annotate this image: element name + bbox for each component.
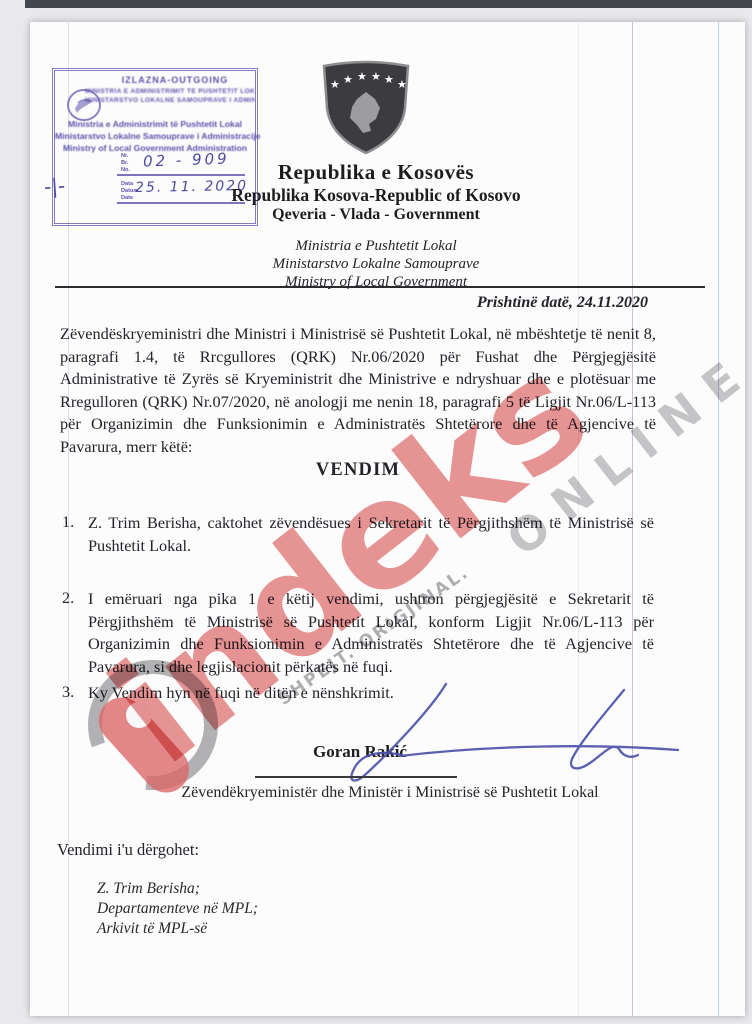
item-1-number: 1. <box>62 512 82 532</box>
distribution-heading: Vendimi i'u dërgohet: <box>57 840 199 860</box>
intro-paragraph: Zëvendëskryeministri dhe Ministri i Mini… <box>60 323 656 458</box>
header-ministry-sr: Ministarstvo Lokalne Samouprave <box>30 256 722 273</box>
scan-top-strip <box>25 0 752 8</box>
recipient-3: Arkivit të MPL-së <box>97 920 207 938</box>
svg-text:★: ★ <box>343 73 353 86</box>
item-1-text: Z. Trim Berisha, caktohet zëvendësues i … <box>88 512 654 557</box>
stamp-nr-label-sq: Nr. <box>121 153 128 159</box>
stamp-ministry-sq: Ministria e Administrimit të Pushtetit L… <box>55 119 255 129</box>
svg-text:★: ★ <box>397 78 407 91</box>
header-ministry-sq: Ministria e Pushtetit Lokal <box>30 238 722 255</box>
svg-text:★: ★ <box>357 70 367 83</box>
header-ministry-en: Ministry of Local Government <box>30 274 722 291</box>
kosovo-coat-of-arms-icon: ★ ★ ★ ★ ★ ★ <box>320 58 412 156</box>
signature-underline <box>255 776 457 778</box>
stamp-outgoing-label: IZLAZNA-OUTGOING <box>55 75 255 85</box>
header-republic-sq: Republika e Kosovës <box>30 160 722 185</box>
item-3-number: 3. <box>62 682 82 702</box>
recipient-2: Departamenteve në MPL; <box>97 900 258 918</box>
header-republic-sr-en: Republika Kosova-Republic of Kosovo <box>30 185 722 206</box>
svg-text:★: ★ <box>371 70 381 83</box>
svg-text:★: ★ <box>330 78 340 91</box>
recipient-1: Z. Trim Berisha; <box>97 880 200 898</box>
stamp-ministry-sr: Ministarstvo Lokalne Samouprave i Admini… <box>55 131 255 141</box>
header-divider <box>55 286 705 288</box>
item-2-number: 2. <box>62 588 82 608</box>
svg-text:★: ★ <box>384 73 394 86</box>
document-page: IZLAZNA-OUTGOING MINISTRIA E ADMINISTRIM… <box>30 22 745 1016</box>
header-government: Qeveria - Vlada - Government <box>30 206 722 224</box>
place-date-line: Prishtinë datë, 24.11.2020 <box>330 294 648 312</box>
decision-title: VENDIM <box>60 460 656 481</box>
signatory-title: Zëvendëkryeministër dhe Ministër i Minis… <box>60 784 720 802</box>
